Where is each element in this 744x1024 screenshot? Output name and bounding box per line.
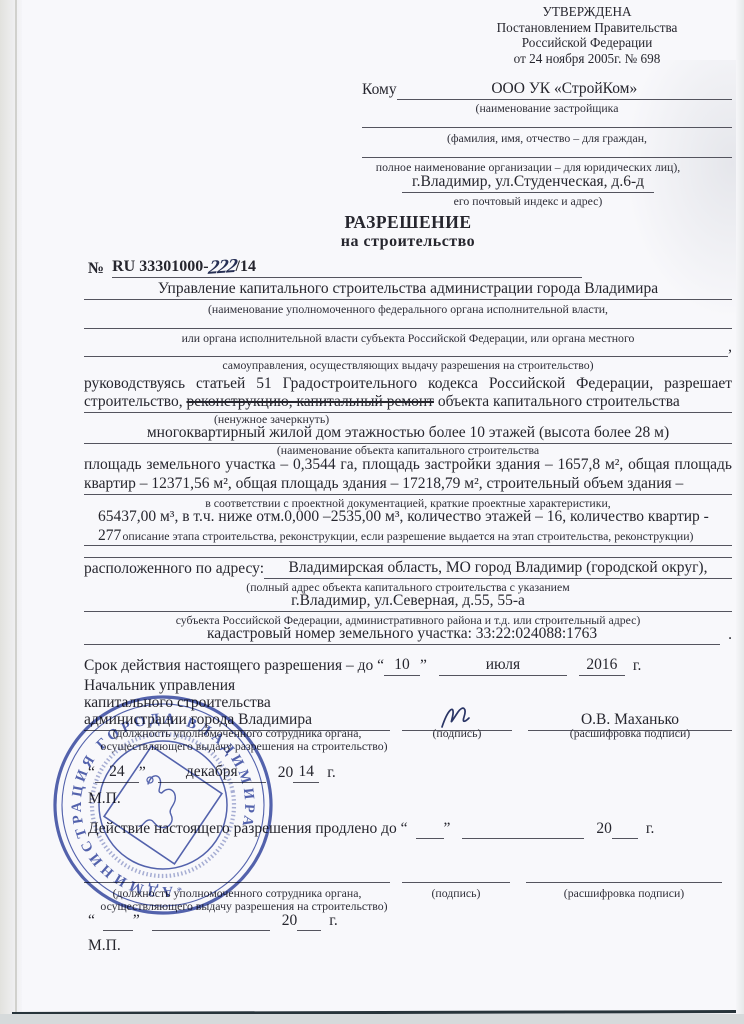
blank-line [84,541,732,558]
permit-number-field: RU 33301000-222/14 [112,253,582,278]
permit-number-prefix: RU 33301000- [112,258,208,275]
document-title: РАЗРЕШЕНИЕ [84,212,732,233]
blank-line [84,340,728,357]
year-prefix: 20 [278,764,294,783]
stamp-lion-emblem [130,773,181,833]
year-blank [297,913,321,931]
year-prefix: 20 [596,820,612,839]
addressee-address-row: г.Владимир, ул.Студенческая, д.6-д [324,173,732,193]
year-letter: г. [646,820,654,839]
blank-line [362,112,732,128]
quote: ” [420,657,427,676]
signature-blank [402,868,510,883]
permit-number-suffix: /14 [236,258,256,275]
addressee-row: Кому ООО УК «СтройКом» [362,80,732,100]
approved-line: Российской Федерации [442,35,732,51]
approved-line: от 24 ноября 2005г. № 698 [442,51,732,67]
trailing-period: . [728,626,732,645]
stamp-star: * [176,885,184,898]
scan-left-edge-line [15,0,17,1024]
validity-day-field: 10 [384,656,420,676]
approved-line: Постановлением Правительства [442,20,732,36]
sign-caption: (подпись) [402,726,512,740]
object-area-line2: квартир – 12371,56 м², общая площадь зда… [84,475,732,495]
scanned-permit-page: УТВЕРЖДЕНА Постановлением Правительства … [0,0,744,1024]
scan-right-edge [736,0,744,1024]
extension-day-blank [416,821,444,839]
cadastral-row: кадастровый номер земельного участка: 33… [84,625,732,645]
struck-out-options: реконструкцию, капитальный ремонт [186,393,434,410]
object-area-line1: площадь земельного участка – 0,3544 га, … [84,456,732,475]
document-subtitle: на строительство [84,232,732,251]
seal-mark: М.П. [88,937,732,956]
issuer-caption: самоуправления, осуществляющих выдачу ра… [84,358,732,372]
extension-year-blank [612,821,638,839]
permit-number-row: № RU 33301000-222/14 [88,253,732,278]
year-letter: г. [633,657,641,676]
addressee-name-field: ООО УК «СтройКом» [397,80,732,100]
grant-intro-line: руководствуясь статьей 51 Градостроитель… [84,375,732,394]
administration-round-stamp: АДМИНИСТРАЦИЯ ГОРОДА ВЛАДИМИРА * [28,670,298,940]
validity-year-field: 2016 [579,656,625,676]
construction-tail: объекта капитального строительства [434,393,680,410]
sign-caption: (подпись) [402,886,510,900]
approved-line: УТВЕРЖДЕНА [442,4,732,20]
addressee-label: Кому [362,81,397,100]
object-name-field: многоквартирный жилой дом этажностью бол… [84,424,732,444]
trailing-comma: , [728,338,732,357]
year-letter: г. [327,764,335,783]
decode-caption: (расшифровка подписи) [526,886,722,900]
handwritten-number: 222 [206,254,238,280]
year-letter: г. [329,912,337,931]
issue-year-field: 14 [293,763,319,783]
issuer-name-field: Управление капитального строительства ад… [84,280,732,300]
blank-line-with-comma: , [84,338,732,357]
decode-caption: (расшифровка подписи) [528,726,732,740]
location-row: расположенного по адресу: Владимирская о… [84,559,732,579]
validity-text: Срок действия настоящего разрешения – до… [84,657,384,676]
addressee-address-field: г.Владимир, ул.Студенческая, д.6-д [402,173,654,193]
addressee-caption: его почтовый индекс и адрес) [324,194,732,208]
location-label: расположенного по адресу: [84,560,264,579]
year-prefix: 20 [282,912,298,931]
validity-month-field: июля [439,656,567,676]
location-address-field: г.Владимир, ул.Северная, д.55, 55-а [84,592,732,612]
cadastral-number-field: кадастровый номер земельного участка: 33… [84,625,720,645]
approval-header: УТВЕРЖДЕНА Постановлением Правительства … [442,4,732,66]
location-region-field: Владимирская область, МО город Владимир … [264,559,732,579]
number-sign: № [88,259,104,278]
blank-line [84,312,732,329]
construction-word: строительство, [84,393,186,410]
construction-type-line: строительство, реконструкцию, капитальны… [84,393,732,413]
blank-line [362,142,732,158]
quote: ” [444,820,451,839]
scan-left-edge [0,0,22,1024]
name-blank [526,868,722,883]
scan-bottom-fill [0,1014,744,1024]
validity-row: Срок действия настоящего разрешения – до… [84,656,732,676]
extension-month-blank [462,821,584,839]
